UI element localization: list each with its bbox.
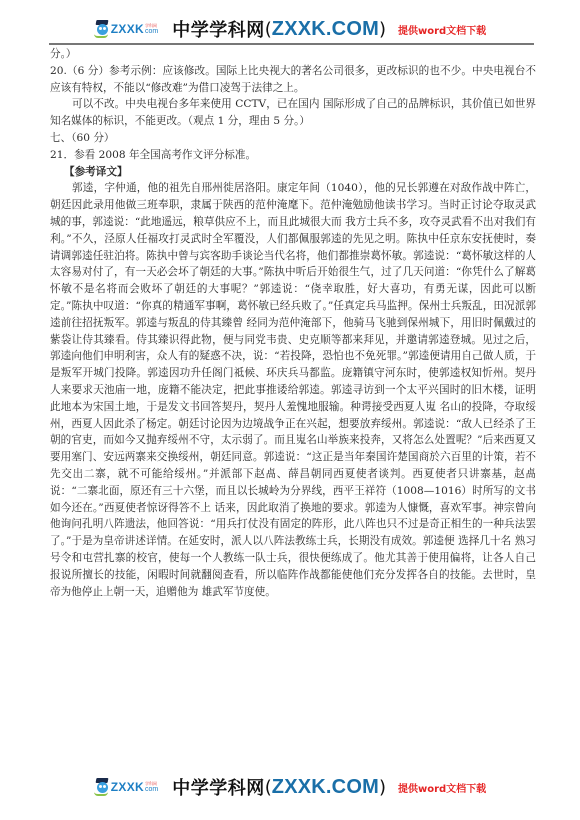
site-domain[interactable]: ZXXK.COM	[272, 776, 379, 799]
question-20-alternative: 可以不改。中央电视台多年来使用 CCTV，已在国内 国际形成了自己的品牌标识，其…	[50, 96, 536, 130]
paren-close: )	[379, 19, 386, 40]
logo-com: 学科网 com	[145, 23, 158, 35]
continuation-text: 分。）	[50, 46, 536, 63]
site-tagline[interactable]: 提供word文档下载	[398, 22, 486, 37]
logo-text: ZXXK	[111, 22, 144, 36]
section-7-heading: 七、（60 分）	[50, 130, 536, 147]
paren-open: (	[265, 777, 272, 798]
header-divider	[49, 43, 534, 45]
question-20-answer: 20.（6 分）参考示例：应该修改。国际上比央视大的著名公司很多，更改标识的也不…	[50, 63, 536, 97]
mascot-icon	[94, 20, 110, 38]
site-tagline[interactable]: 提供word文档下载	[398, 780, 486, 795]
paren-close: )	[379, 777, 386, 798]
header-banner: ZXXK 学科网 com 中学学科网 ( ZXXK.COM ) 提供word文档…	[0, 14, 580, 44]
document-body: 分。） 20.（6 分）参考示例：应该修改。国际上比央视大的著名公司很多，更改标…	[50, 46, 536, 600]
logo-text: ZXXK	[111, 780, 144, 794]
site-title: 中学学科网	[172, 16, 265, 42]
logo-com: 学科网 com	[145, 781, 158, 793]
site-title: 中学学科网	[172, 774, 265, 800]
question-21: 21．参看 2008 年全国高考作文评分标准。	[50, 147, 536, 164]
footer-banner: ZXXK 学科网 com 中学学科网 ( ZXXK.COM ) 提供word文档…	[0, 772, 580, 802]
translation-body: 郭逵，字仲通，他的祖先自邢州徙居洛阳。康定年间（1040），他的兄长郭遵在对敌作…	[50, 180, 536, 600]
mascot-icon	[94, 778, 110, 796]
paren-open: (	[265, 19, 272, 40]
site-domain[interactable]: ZXXK.COM	[272, 18, 379, 41]
site-logo[interactable]: ZXXK 学科网 com	[94, 17, 158, 41]
site-logo-footer[interactable]: ZXXK 学科网 com	[94, 775, 158, 799]
translation-heading: 【参考译文】	[50, 164, 536, 181]
